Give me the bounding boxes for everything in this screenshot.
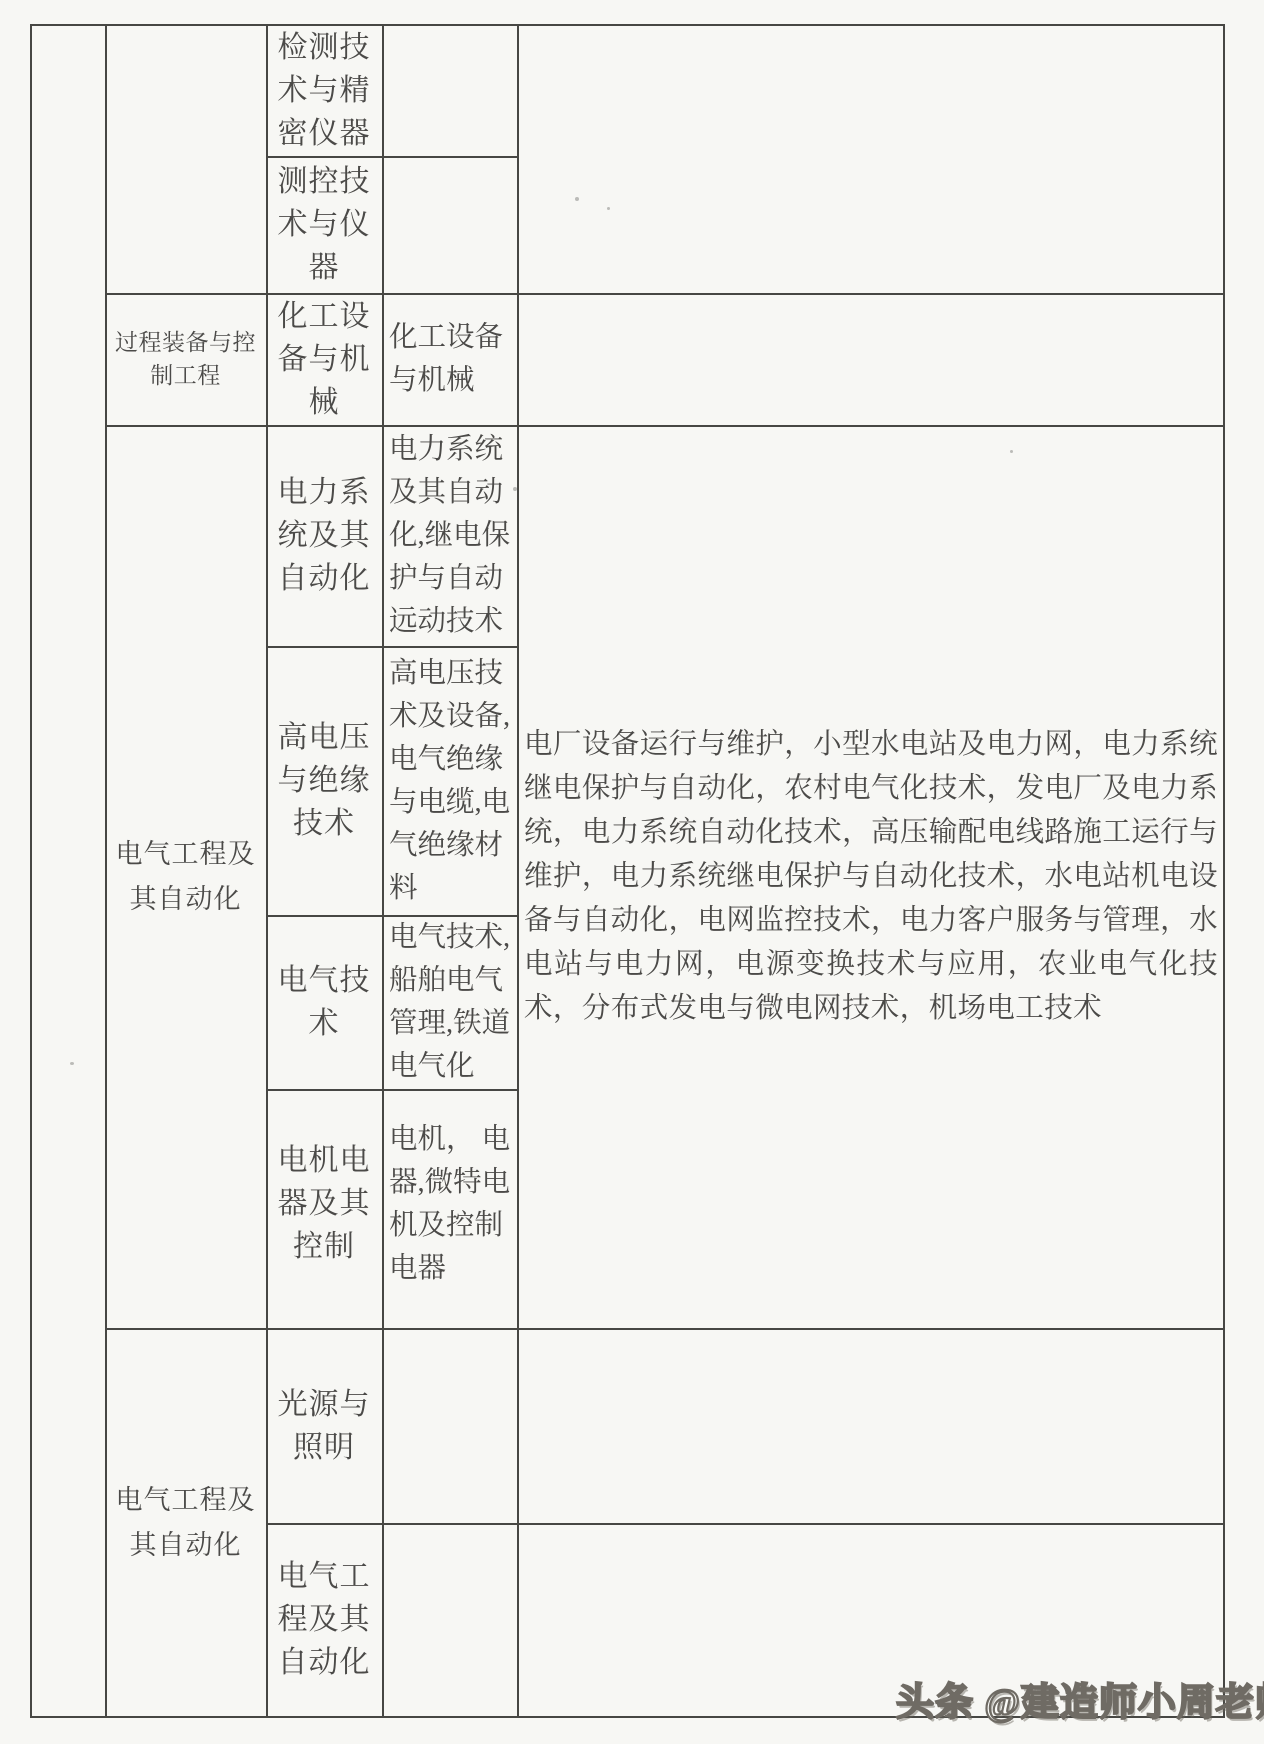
cell-program-high-voltage-insulation: 高电压 与绝缘 技术: [268, 648, 380, 913]
cell-program-electrical-engineering-automation: 电气工 程及其 自动化: [268, 1525, 380, 1714]
cell-program-electrical-technology: 电气技 术: [268, 917, 380, 1087]
scan-speckle: [70, 1062, 74, 1065]
scanned-page: 检测技 术与精 密仪器 测控技 术与仪 器 过程装备与控 制工程 化工设 备与机…: [0, 0, 1264, 1744]
col3-col4-border: [382, 24, 384, 1718]
scan-speckle: [575, 197, 579, 201]
cell-program-detection-precision-instruments: 检测技 术与精 密仪器: [268, 26, 380, 154]
scan-speckle: [513, 487, 517, 491]
cell-major-electrical-engineering-automation-1: 电气工程及 其自动化: [107, 427, 264, 1326]
scan-speckle: [607, 207, 610, 210]
col4-col5-border: [517, 24, 519, 1718]
scan-speckle: [1010, 450, 1013, 453]
cell-scope-electrical-engineering: 电厂设备运行与维护，小型水电站及电力网，电力系统继电保护与自动化，农村电气化技术…: [524, 427, 1218, 1326]
table-border-top: [30, 24, 1225, 26]
cell-old-high-voltage-insulation: 高电压技 术及设备, 电气绝缘 与电缆,电 气绝缘材 料: [389, 648, 515, 913]
table-border-left: [30, 24, 32, 1718]
cell-program-measurement-control-instruments: 测控技 术与仪 器: [268, 158, 380, 291]
cell-old-motor-appliance-control: 电机， 电 器,微特电 机及控制 电器: [389, 1091, 515, 1316]
cell-major-electrical-engineering-automation-2: 电气工程及 其自动化: [107, 1330, 264, 1716]
cell-program-motor-appliance-control: 电机电 器及其 控制: [268, 1091, 380, 1316]
cell-old-chemical-equipment-machinery: 化工设备 与机械: [389, 295, 515, 423]
toutiao-watermark: 头条 @建造师小周老师: [896, 1671, 1264, 1726]
table-border-right: [1223, 24, 1225, 1718]
cell-old-electrical-technology: 电气技术, 船舶电气 管理,铁道 电气化: [389, 917, 515, 1087]
cell-program-chemical-equipment-machinery: 化工设 备与机 械: [268, 295, 380, 423]
cell-program-light-source-illumination: 光源与 照明: [268, 1330, 380, 1521]
cell-program-power-system-automation: 电力系 统及其 自动化: [268, 427, 380, 644]
row-divider: [266, 1523, 1225, 1525]
cell-old-power-system-automation: 电力系统 及其自动 化,继电保 护与自动 远动技术: [389, 427, 515, 644]
cell-major-process-equipment-control: 过程装备与控 制工程: [107, 295, 264, 423]
scope-paragraph: 电厂设备运行与维护，小型水电站及电力网，电力系统继电保护与自动化，农村电气化技术…: [524, 723, 1218, 1031]
